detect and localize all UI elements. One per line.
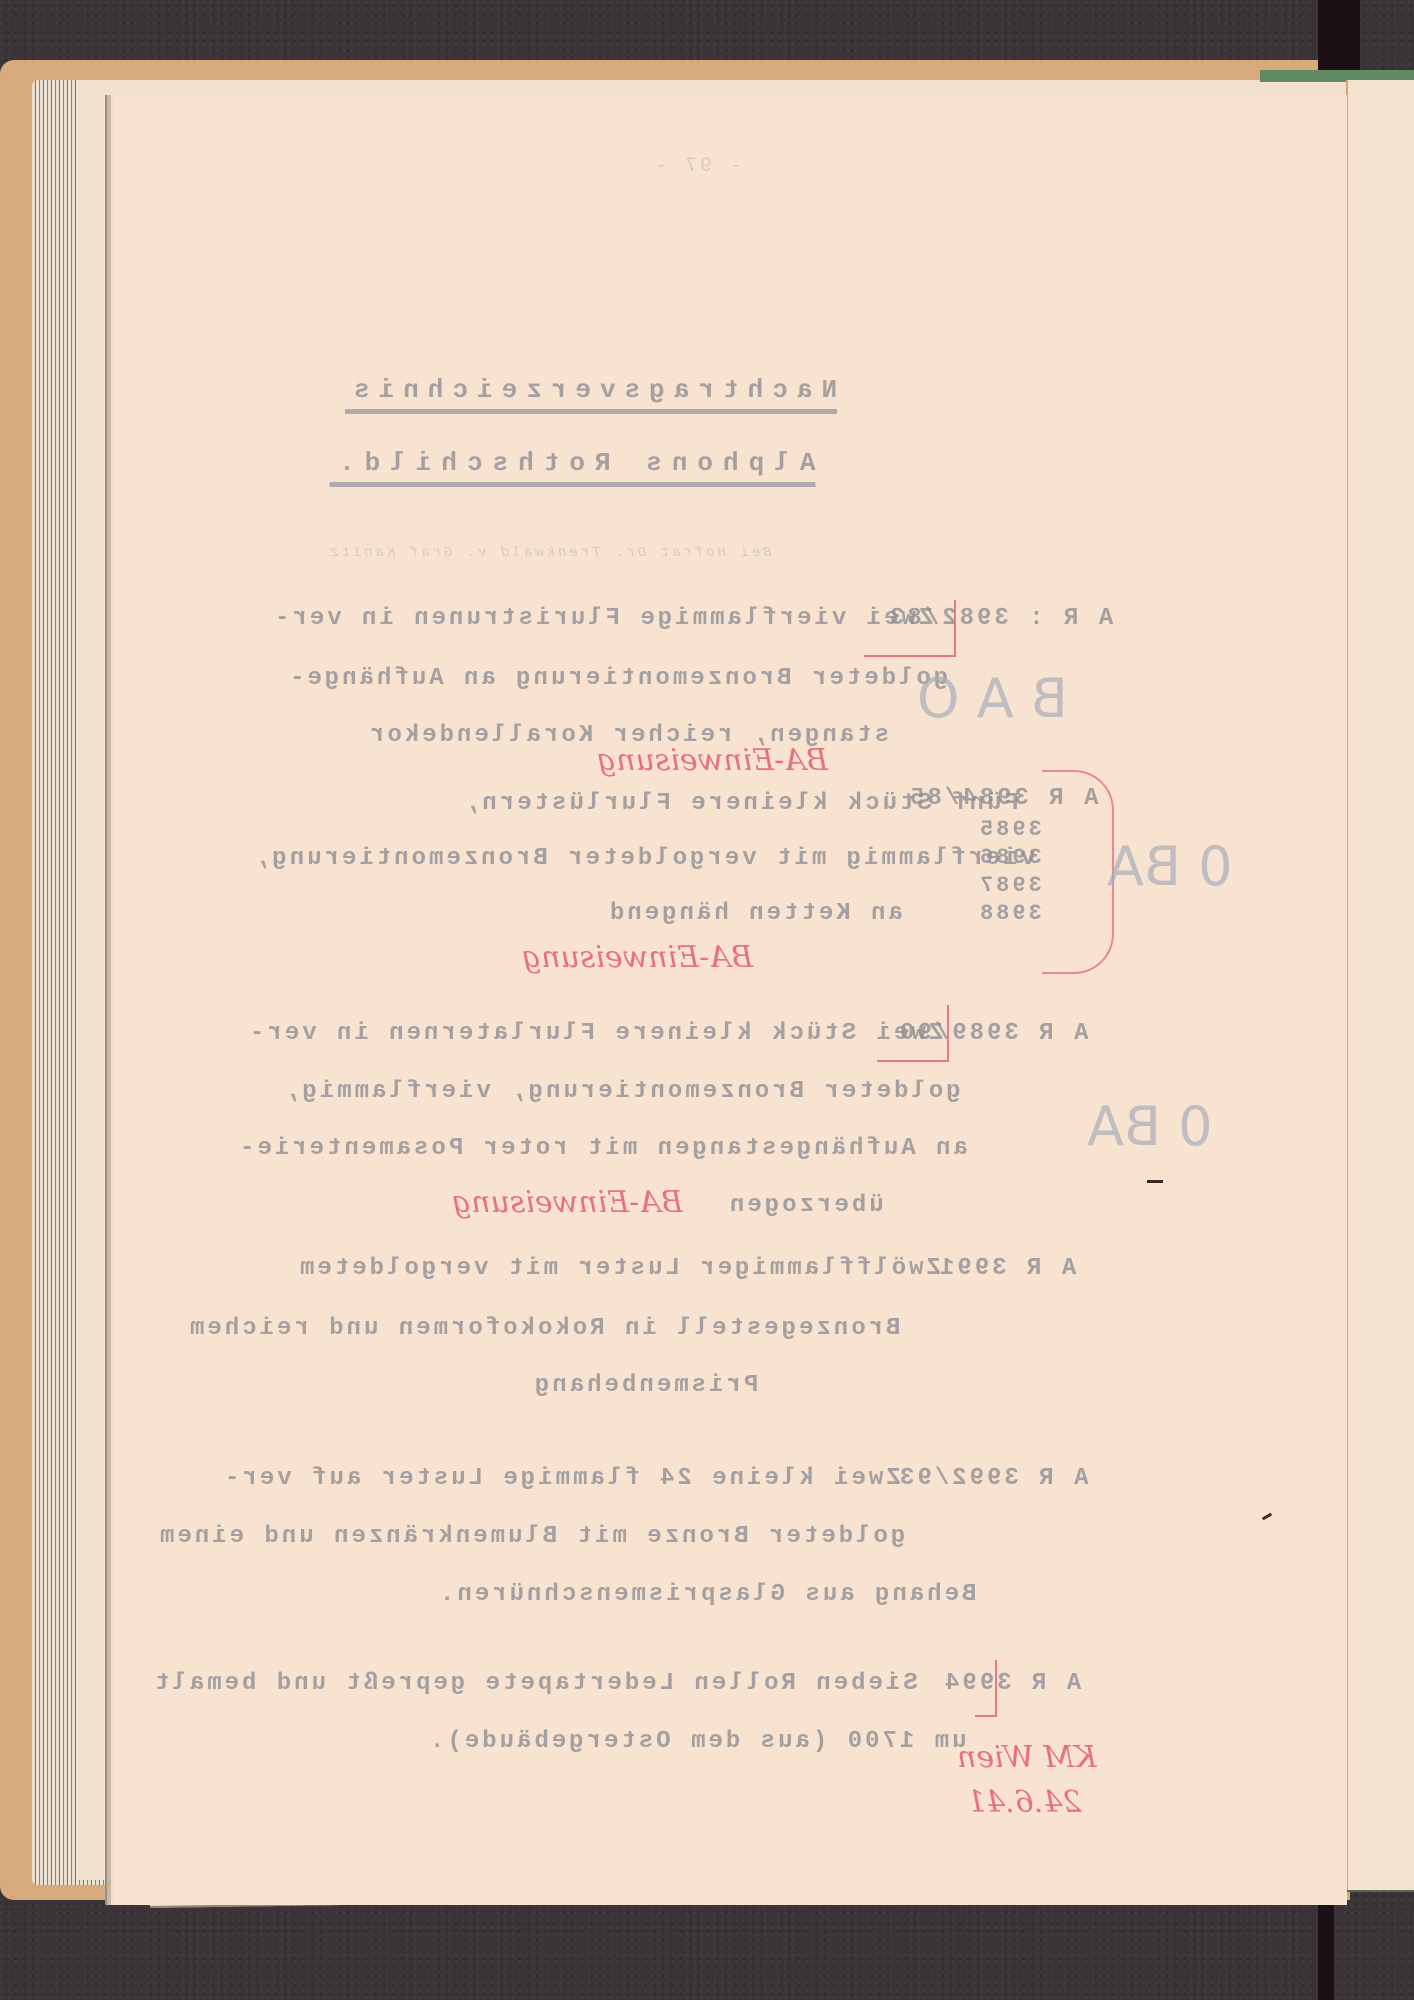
document-title: Nachtragsverzeichnis — [345, 375, 837, 414]
red-pencil-annotation: BA-Einweisung — [452, 1185, 683, 1220]
entry-line: Behang aus Glasprismenschnüren. — [437, 1581, 976, 1608]
red-pencil-annotation: BA-Einweisung — [597, 743, 828, 778]
document-sheet: - 97 - Nachtragsverzeichnis Alphons Roth… — [105, 95, 1347, 1905]
entry-line: überzogen — [727, 1192, 884, 1219]
entry-line: goldeter Bronze mit Blumenkränzen und ei… — [157, 1523, 905, 1550]
entry-line: Zwei vierflammige Fluristrunen in ver- — [272, 605, 933, 632]
entry-line: um 1700 (aus dem Ostergebäude). — [427, 1728, 966, 1755]
entry-line: Sieben Rollen Ledertapete gepreßt und be… — [152, 1670, 918, 1697]
book-strap-top — [1318, 0, 1360, 70]
grey-pencil-annotation: 0 BA — [1087, 1095, 1213, 1158]
entry-line: Bronzegestell in Rokokoformen und reiche… — [187, 1315, 901, 1342]
entry-line: Zwei kleine 24 flammige Luster auf ver- — [222, 1465, 901, 1492]
entry-line: goldeter Bronzemontierung, vierflammig, — [282, 1078, 961, 1105]
red-bracket — [864, 600, 956, 657]
grey-pencil-annotation: B A O — [917, 667, 1068, 730]
entry-line: Zwei Stück kleinere Flurlaternen in ver- — [247, 1020, 943, 1047]
grey-pencil-annotation: 0 BA — [1107, 835, 1233, 898]
red-pencil-annotation: BA-Einweisung — [522, 940, 753, 975]
red-bracket — [975, 1660, 997, 1717]
entry-line: goldeter Bronzemontierung an Aufhänge- — [287, 665, 948, 692]
red-pencil-annotation: KM Wien — [957, 1740, 1097, 1775]
ink-mark — [1147, 1180, 1163, 1183]
entry-line: vierflammig mit vergoldeter Bronzemontie… — [252, 845, 1035, 872]
entry-line: Fünf Stück kleinere Flurlüstern, — [462, 790, 1019, 817]
entry-line: Zwölfflammiger Luster mit vergoldetem — [297, 1255, 941, 1282]
book-strap-bottom — [1318, 1900, 1334, 2000]
sub-number: 3985 — [977, 817, 1042, 842]
red-pencil-date: 24.6.41 — [967, 1785, 1082, 1820]
page-number: - 97 - — [652, 155, 742, 178]
pencil-note: Bei Hofrat Dr. Trenkwald v. Graf Kanitz — [327, 545, 772, 561]
entry-inventory-number: A R 3994 — [942, 1670, 1081, 1697]
document-subtitle: Alphons Rothschild. — [329, 448, 815, 487]
entry-inventory-number: A R 3991 — [937, 1255, 1076, 1282]
red-bracket — [877, 1005, 949, 1062]
sub-number: 3988 — [977, 901, 1042, 926]
sub-number: 3987 — [977, 873, 1042, 898]
entry-line: Prismenbehang — [532, 1372, 758, 1399]
ink-mark — [1262, 1513, 1272, 1521]
entry-line: an Aufhängestangen mit roter Posamenteri… — [237, 1135, 968, 1162]
facing-page-edge — [1346, 80, 1414, 1890]
red-curly-brace — [1042, 770, 1114, 974]
entry-inventory-number: A R 3992/93 — [897, 1465, 1088, 1492]
entry-line: an Ketten hängend — [607, 900, 903, 927]
